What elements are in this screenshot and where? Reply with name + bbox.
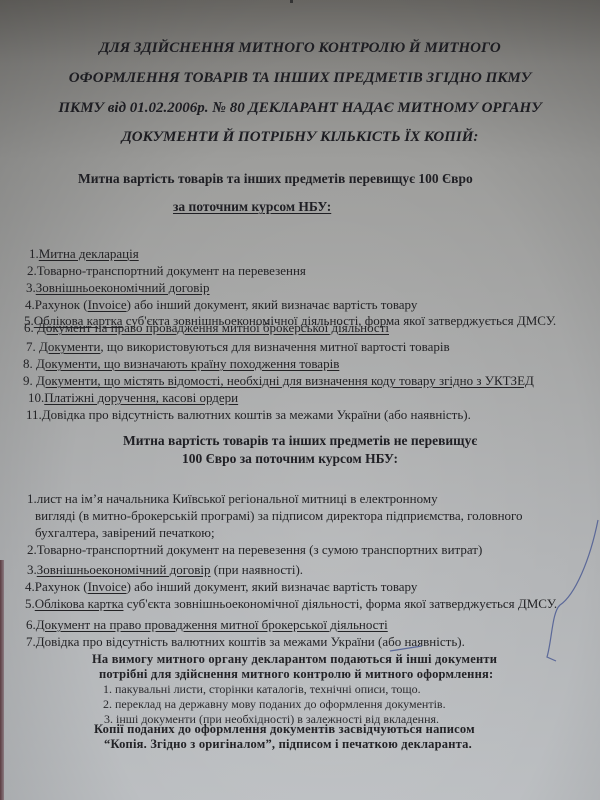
pen-scribble <box>0 0 600 800</box>
